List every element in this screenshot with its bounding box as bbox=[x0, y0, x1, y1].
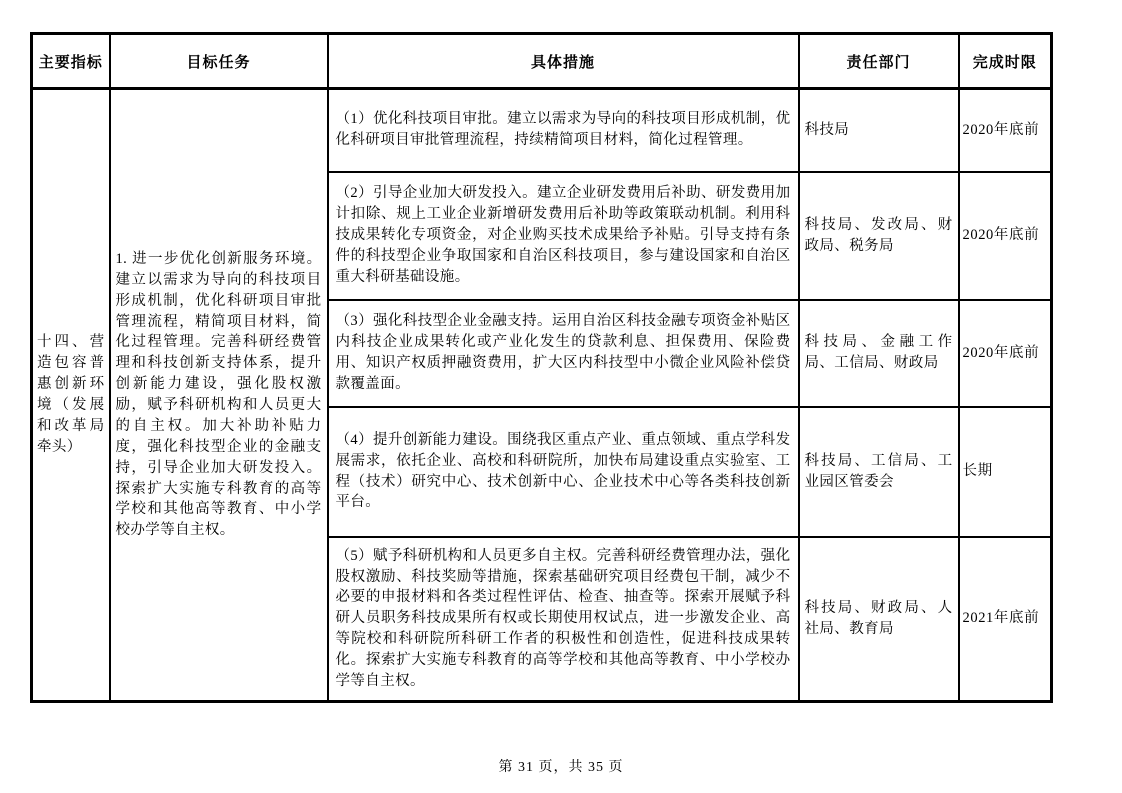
department-cell: 科技局、发改局、财政局、税务局 bbox=[799, 172, 959, 300]
measure-cell: （1）优化科技项目审批。建立以需求为导向的科技项目形成机制，优化科研项目审批管理… bbox=[328, 89, 799, 172]
deadline-cell: 2020年底前 bbox=[959, 172, 1052, 300]
table-header-row: 主要指标 目标任务 具体措施 责任部门 完成时限 bbox=[32, 34, 1052, 89]
deadline-cell: 2020年底前 bbox=[959, 89, 1052, 172]
page-number: 第 31 页，共 35 页 bbox=[0, 756, 1122, 776]
measure-cell: （3）强化科技型企业金融支持。运用自治区科技金融专项资金补贴区内科技企业成果转化… bbox=[328, 300, 799, 407]
deadline-cell: 2020年底前 bbox=[959, 300, 1052, 407]
header-deadline: 完成时限 bbox=[959, 34, 1052, 89]
measure-cell: （2）引导企业加大研发投入。建立企业研发费用后补助、研发费用加计扣除、规上工业企… bbox=[328, 172, 799, 300]
header-responsible-department: 责任部门 bbox=[799, 34, 959, 89]
deadline-cell: 2021年底前 bbox=[959, 537, 1052, 702]
table-row: 十四、营造包容普惠创新环境（发展和改革局牵头） 1. 进一步优化创新服务环境。建… bbox=[32, 89, 1052, 172]
department-cell: 科技局、财政局、人社局、教育局 bbox=[799, 537, 959, 702]
department-cell: 科技局、工信局、工业园区管委会 bbox=[799, 407, 959, 537]
header-main-indicator: 主要指标 bbox=[32, 34, 110, 89]
header-specific-measures: 具体措施 bbox=[328, 34, 799, 89]
indicator-cell: 十四、营造包容普惠创新环境（发展和改革局牵头） bbox=[32, 89, 110, 702]
measures-table: 主要指标 目标任务 具体措施 责任部门 完成时限 十四、营造包容普惠创新环境（发… bbox=[30, 32, 1053, 703]
department-cell: 科技局、金融工作局、工信局、财政局 bbox=[799, 300, 959, 407]
measure-cell: （4）提升创新能力建设。围绕我区重点产业、重点领域、重点学科发展需求，依托企业、… bbox=[328, 407, 799, 537]
task-cell: 1. 进一步优化创新服务环境。建立以需求为导向的科技项目形成机制，优化科研项目审… bbox=[110, 89, 328, 702]
document-page: 主要指标 目标任务 具体措施 责任部门 完成时限 十四、营造包容普惠创新环境（发… bbox=[0, 0, 1122, 793]
header-target-task: 目标任务 bbox=[110, 34, 328, 89]
department-cell: 科技局 bbox=[799, 89, 959, 172]
measure-cell: （5）赋予科研机构和人员更多自主权。完善科研经费管理办法，强化股权激励、科技奖励… bbox=[328, 537, 799, 702]
deadline-cell: 长期 bbox=[959, 407, 1052, 537]
